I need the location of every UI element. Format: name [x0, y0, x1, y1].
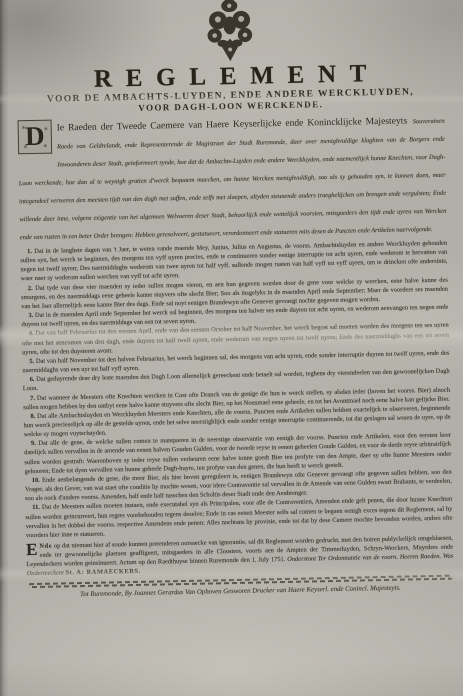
actum-line: Actum op den Raedthuyse binnen Ruremonde…	[119, 556, 285, 566]
article-number: 4.	[29, 330, 34, 337]
articles-section: 1. Dat in de langhste dagen van 't Jaer,…	[20, 239, 453, 541]
printers-ornament-icon	[202, 0, 257, 63]
article: 11. Dat de Meesters sullen moeten instae…	[25, 495, 453, 540]
ordonnantie-line: Onderstont Ter Ordonnantie van de voorn.…	[287, 553, 441, 563]
signature: St. A: RAMAECKERS.	[65, 568, 141, 577]
article-text: Dat de Meesters sullen moeten instaen, e…	[25, 496, 452, 539]
opening-body-text: Souverainen Raede van Geldrelandt, ende …	[19, 118, 447, 242]
article-number: 3.	[28, 312, 33, 319]
drop-cap-initial: E	[26, 542, 38, 558]
closing-lead: Nde	[39, 543, 52, 550]
opening-first-line: Ie Raeden der Tweede Caemere van Haere K…	[57, 115, 408, 133]
opening-paragraph: D Ie Raeden der Tweede Caemere van Haere…	[17, 110, 446, 245]
document-sheet: REGLEMENT VOOR DE AMBACHTS-LUYDEN, ENDE …	[0, 0, 463, 696]
drop-cap-initial: D	[18, 120, 53, 155]
article-number: 7.	[30, 394, 35, 401]
article-number: 6.	[30, 376, 35, 383]
article-number: 8.	[30, 413, 35, 420]
article-number: 5.	[29, 358, 34, 365]
article-number: 10.	[32, 477, 40, 484]
article-number: 1.	[27, 248, 32, 255]
article-number: 2.	[28, 285, 33, 292]
photographed-document: REGLEMENT VOOR DE AMBACHTS-LUYDEN, ENDE …	[0, 0, 463, 696]
article-number: 9.	[31, 440, 36, 447]
article-number: 11.	[32, 504, 40, 511]
closing-paragraph: ENde op dat niemant hier af soude kunnen…	[26, 534, 454, 579]
